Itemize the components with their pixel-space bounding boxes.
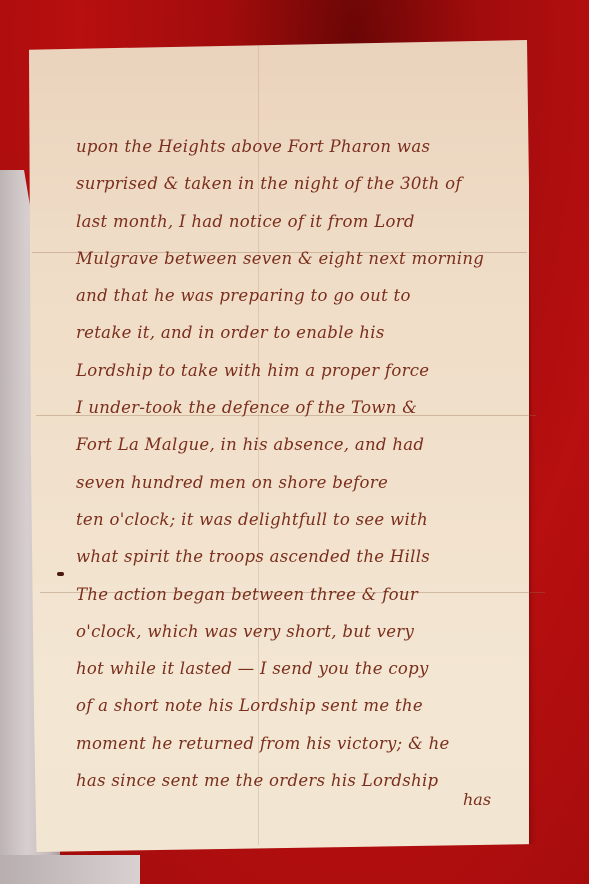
- ink-blot: [57, 572, 64, 576]
- letter-line: last month, I had notice of it from Lord: [76, 203, 546, 240]
- letter-line: Lordship to take with him a proper force: [76, 352, 546, 389]
- white-cloth-corner: [0, 855, 140, 884]
- letter-line: upon the Heights above Fort Pharon was: [76, 128, 546, 165]
- letter-line: of a short note his Lordship sent me the: [76, 687, 546, 724]
- letter-line: what spirit the troops ascended the Hill…: [76, 538, 546, 575]
- letter-line: retake it, and in order to enable his: [76, 314, 546, 351]
- letter-line: o'clock, which was very short, but very: [76, 613, 546, 650]
- letter-line: I under-took the defence of the Town &: [76, 389, 546, 426]
- letter-line: seven hundred men on shore before: [76, 464, 546, 501]
- letter-line: moment he returned from his victory; & h…: [76, 725, 546, 762]
- letter-body: upon the Heights above Fort Pharon was s…: [76, 128, 546, 799]
- catchword: has: [463, 790, 491, 809]
- letter-line: hot while it lasted — I send you the cop…: [76, 650, 546, 687]
- letter-line: The action began between three & four: [76, 576, 546, 613]
- letter-line: Mulgrave between seven & eight next morn…: [76, 240, 546, 277]
- letter-line: surprised & taken in the night of the 30…: [76, 165, 546, 202]
- letter-line: Fort La Malgue, in his absence, and had: [76, 426, 546, 463]
- letter-line: and that he was preparing to go out to: [76, 277, 546, 314]
- letter-line: ten o'clock; it was delightfull to see w…: [76, 501, 546, 538]
